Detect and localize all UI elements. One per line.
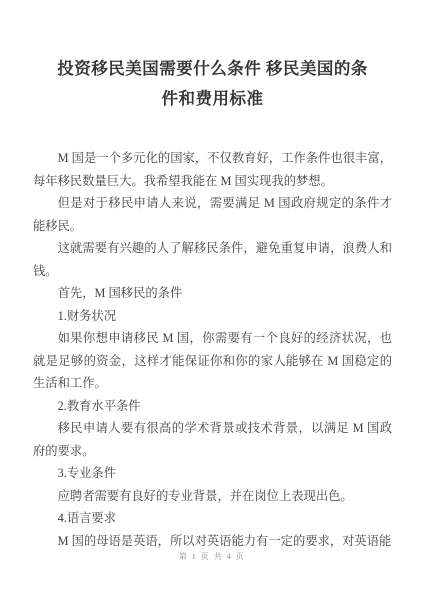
paragraph: 移民申请人要有很高的学术背景或技术背景，以满足 M 国政府的要求。 [33,417,392,462]
document-page: 投资移民美国需要什么条件 移民美国的条 件和费用标准 M 国是一个多元化的国家，… [0,0,424,600]
paragraph: 但是对于移民申请人来说，需要满足 M 国政府规定的条件才能移民。 [33,192,392,237]
paragraph: 应聘者需要有良好的专业背景，并在岗位上表现出色。 [33,485,392,508]
paragraph-heading-3: 3.专业条件 [33,462,392,485]
paragraph-heading-1: 1.财务状况 [33,305,392,328]
paragraph: 这就需要有兴趣的人了解移民条件，避免重复申请，浪费人和钱。 [33,237,392,282]
document-title: 投资移民美国需要什么条件 移民美国的条 件和费用标准 [33,54,392,114]
document-body: M 国是一个多元化的国家，不仅教育好，工作条件也很丰富，每年移民数量巨大。我希望… [33,147,392,552]
paragraph: 如果你想申请移民 M 国，你需要有一个良好的经济状况，也就是足够的资金，这样才能… [33,327,392,395]
page-number-footer: 第 1 页 共 4 页 [0,551,424,562]
paragraph: M 国的母语是英语，所以对英语能力有一定的要求，对英语能 [33,530,392,553]
paragraph-heading-4: 4.语言要求 [33,507,392,530]
paragraph-section-intro: 首先，M 国移民的条件 [33,282,392,305]
paragraph-heading-2: 2.教育水平条件 [33,395,392,418]
title-line-2: 件和费用标准 [33,84,392,114]
paragraph-intro: M 国是一个多元化的国家，不仅教育好，工作条件也很丰富，每年移民数量巨大。我希望… [33,147,392,192]
title-line-1: 投资移民美国需要什么条件 移民美国的条 [33,54,392,84]
